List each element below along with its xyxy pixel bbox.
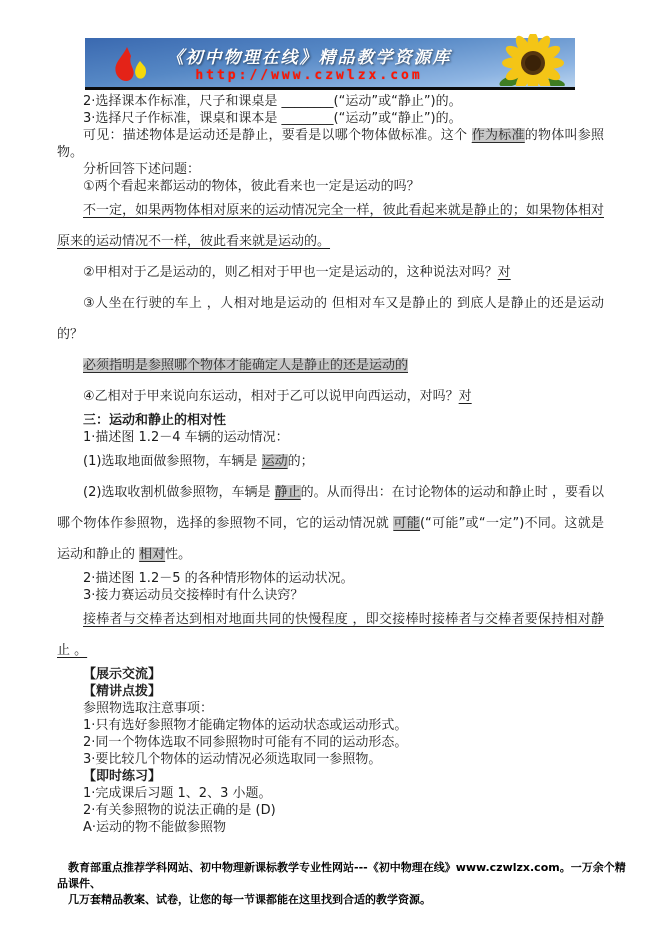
form-field[interactable]: 必须指明是参照哪个物体才能确定人是静止的还是运动的 (83, 358, 408, 373)
question-2: 2·选择课本作标准，尺子和课桌是 ________(“运动”或“静止”)的。 (57, 93, 604, 110)
page-footer: 教育部重点推荐学科网站、初中物理新课标教学专业性网站---《初中物理在线》www… (57, 860, 629, 908)
site-title: 《初中物理在线》精品教学资源库 (167, 43, 452, 68)
form-field[interactable]: 作为标准 (472, 128, 525, 143)
form-field[interactable]: 静止 (275, 485, 301, 500)
note-1: 1·只有选好参照物才能确定物体的运动状态或运动形式。 (57, 717, 604, 734)
form-field[interactable]: 可能 (393, 516, 420, 531)
answer-5: 接棒者与交棒者达到相对地面共同的快慢程度 ，即交接棒时接棒者与交棒者要保持相对静… (57, 604, 604, 666)
exercise-1: 1·完成课后习题 1、2、3 小题。 (57, 785, 604, 802)
section-3-heading: 三：运动和静止的相对性 (57, 412, 604, 429)
answer-3: 必须指明是参照哪个物体才能确定人是静止的还是运动的 (57, 350, 604, 381)
heading-jishi: 【即时练习】 (57, 768, 604, 785)
question-circle-1: ①两个看起来都运动的物体，彼此看来也一定是运动的吗？ (57, 178, 604, 195)
question-circle-4: ④乙相对于甲来说向东运动，相对于乙可以说甲向西运动，对吗？对 (57, 381, 604, 412)
note-2: 2·同一个物体选取不同参照物时可能有不同的运动形态。 (57, 734, 604, 751)
site-banner: 《初中物理在线》精品教学资源库 http://www.czwlzx.com (85, 38, 575, 90)
question-circle-3: ③人坐在行驶的车上 ，人相对地是运动的 但相对车又是静止的 到底人是静止的还是运… (57, 288, 604, 350)
form-field[interactable]: 运动 (262, 454, 288, 469)
sunflower-icon (489, 34, 571, 90)
footer-line-2: 几万套精品教案、试卷，让您的每一节课都能在这里找到合适的教学资源。 (57, 892, 629, 908)
summary-kejian: 可见：描述物体是运动还是静止，要看是以哪个物体做标准。这个 作为标准的物体叫参照… (57, 127, 604, 161)
footer-line-1: 教育部重点推荐学科网站、初中物理新课标教学专业性网站---《初中物理在线》www… (57, 860, 629, 892)
item-2: (2)选取收割机做参照物，车辆是 静止的。从而得出：在讨论物体的运动和静止时 ，… (57, 477, 604, 570)
short-answer: 对 (459, 389, 472, 404)
answer-blank[interactable]: ________ (282, 111, 334, 126)
heading-jingjiang: 【精讲点拨】 (57, 683, 604, 700)
answer-blank[interactable]: ________ (282, 94, 334, 109)
short-answer: 对 (498, 265, 511, 280)
answer-1: 不一定，如果两物体相对原来的运动情况完全一样，彼此看起来就是静止的；如果物体相对… (57, 195, 604, 257)
site-logo-icon (111, 46, 155, 88)
heading-zhanshi: 【展示交流】 (57, 666, 604, 683)
banner-text-block: 《初中物理在线》精品教学资源库 http://www.czwlzx.com (149, 43, 512, 83)
exercise-3: A·运动的物不能做参照物 (57, 819, 604, 836)
task-2: 2·描述图 1.2－5 的各种情形物体的运动状况。 (57, 570, 604, 587)
document-page: 2·选择课本作标准，尺子和课桌是 ________(“运动”或“静止”)的。 3… (0, 93, 661, 836)
analysis-prompt: 分析回答下述问题： (57, 161, 604, 178)
item-1: (1)选取地面做参照物，车辆是 运动的； (57, 446, 604, 477)
site-url-link[interactable]: http://www.czwlzx.com (167, 68, 452, 83)
question-circle-2: ②甲相对于乙是运动的，则乙相对于甲也一定是运动的，这种说法对吗？对 (57, 257, 604, 288)
exercise-2: 2·有关参照物的说法正确的是 (D) (57, 802, 604, 819)
question-3: 3·选择尺子作标准，课桌和课本是 ________(“运动”或“静止”)的。 (57, 110, 604, 127)
task-1: 1·描述图 1.2－4 车辆的运动情况： (57, 429, 604, 446)
task-3: 3·接力赛运动员交接棒时有什么诀窍？ (57, 587, 604, 604)
note-3: 3·要比较几个物体的运动情况必须选取同一参照物。 (57, 751, 604, 768)
form-field[interactable]: 相对 (139, 547, 165, 562)
notes-title: 参照物选取注意事项： (57, 700, 604, 717)
